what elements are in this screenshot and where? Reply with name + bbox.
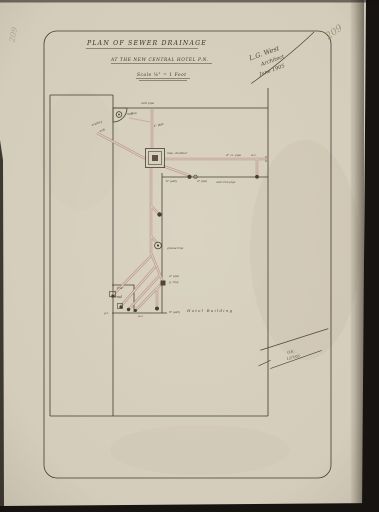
- scanned-plan-document: PLAN OF SEWER DRAINAGE AT THE NEW CENTRA…: [0, 0, 379, 512]
- right-edge-bevel: [350, 0, 364, 512]
- top-edge-strip: [0, 0, 379, 3]
- vignette-overlay: [0, 0, 379, 512]
- plan-drawing-canvas: PLAN OF SEWER DRAINAGE AT THE NEW CENTRA…: [0, 0, 379, 512]
